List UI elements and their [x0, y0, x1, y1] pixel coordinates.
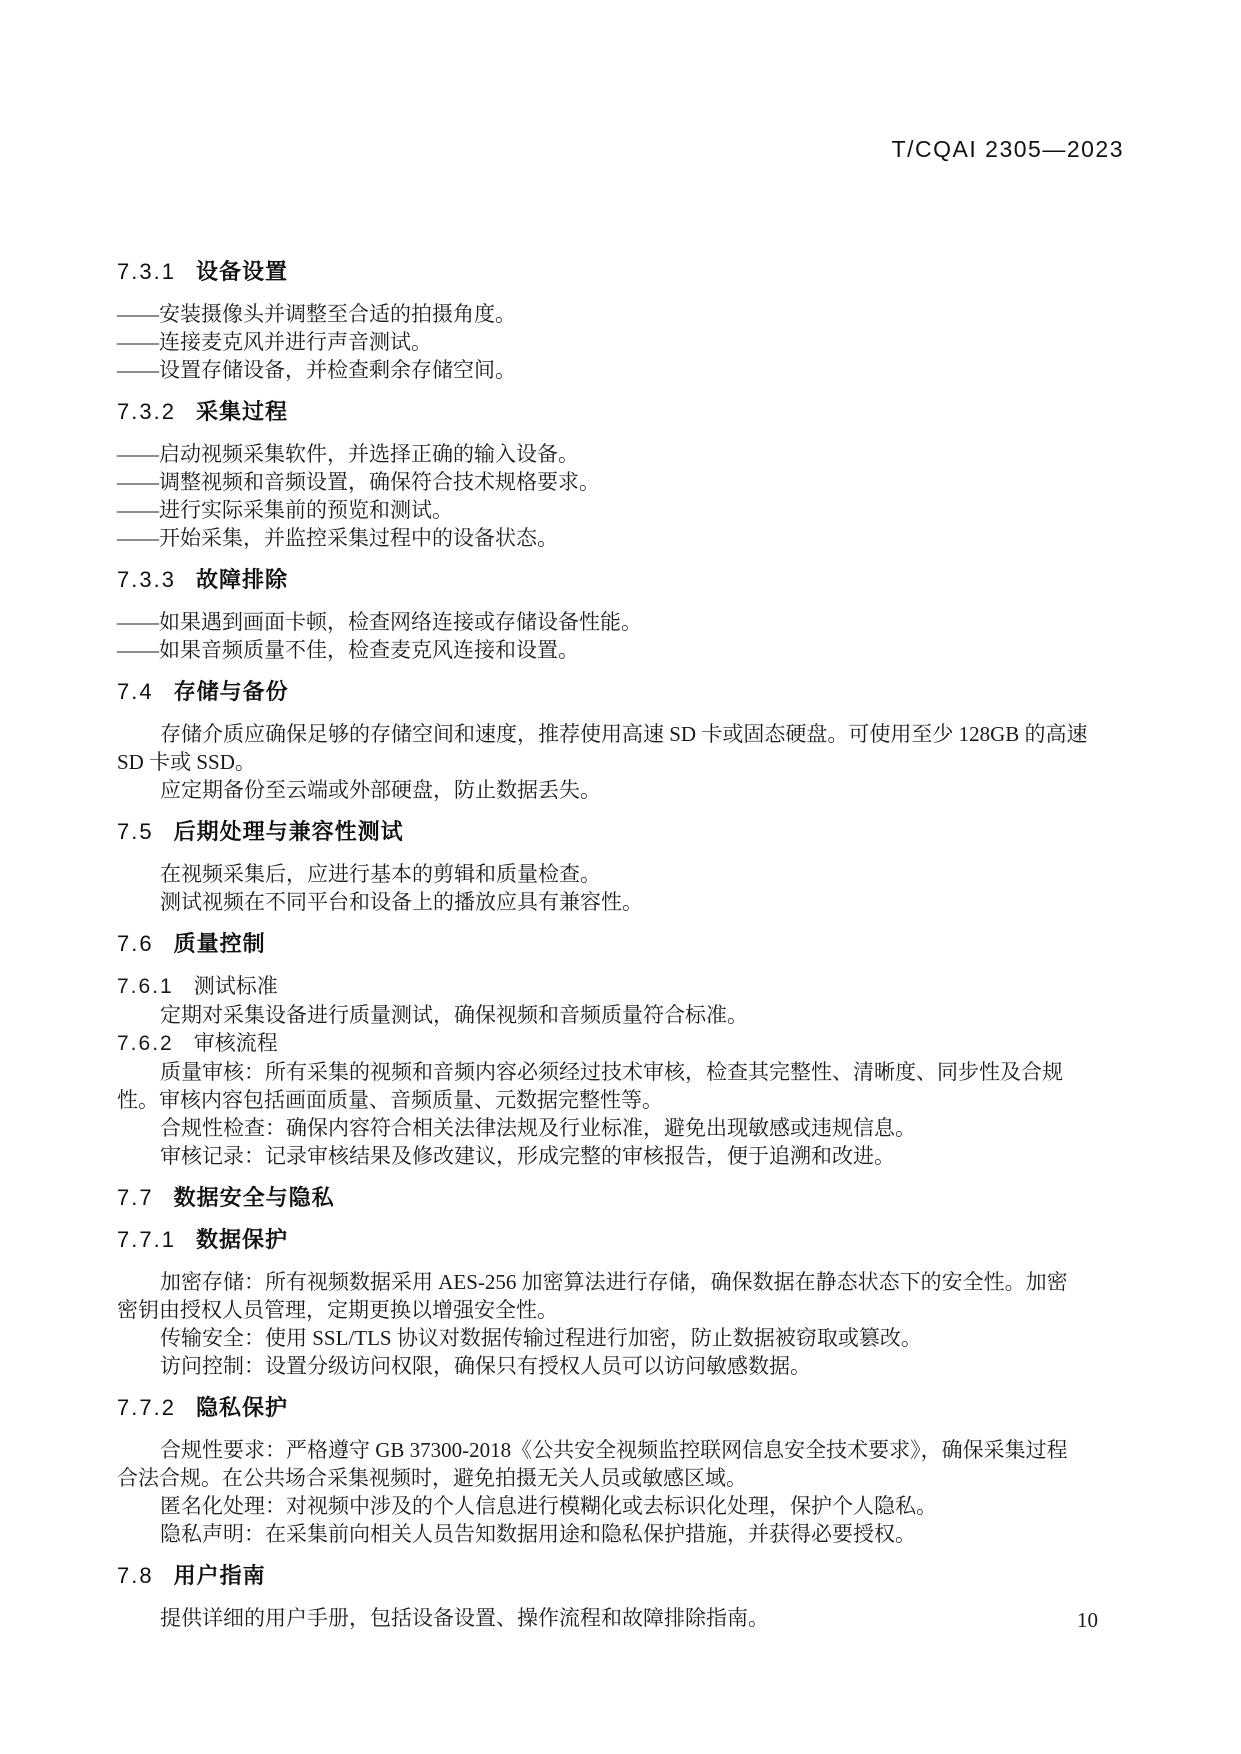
section-heading-7-7: 7.7数据安全与隐私 — [117, 1184, 1124, 1212]
heading-title: 数据保护 — [196, 1227, 288, 1252]
section-heading-7-3-3: 7.3.3故障排除 — [117, 566, 1124, 594]
header-doc-code: T/CQAI 2305—2023 — [892, 136, 1124, 163]
section-heading-7-5: 7.5后期处理与兼容性测试 — [117, 818, 1124, 846]
body-line: 匿名化处理：对视频中涉及的个人信息进行模糊化或去标识化处理，保护个人隐私。 — [117, 1492, 1124, 1520]
list-item: ——安装摄像头并调整至合适的拍摄角度。 — [117, 300, 1124, 328]
list-item: ——进行实际采集前的预览和测试。 — [117, 496, 1124, 524]
heading-title: 存储与备份 — [174, 679, 289, 704]
body-line: 审核记录：记录审核结果及修改建议，形成完整的审核报告，便于追溯和改进。 — [117, 1142, 1124, 1170]
list-item: ——如果音频质量不佳，检查麦克风连接和设置。 — [117, 636, 1124, 664]
heading-number: 7.5 — [117, 819, 154, 844]
page-number: 10 — [1077, 1606, 1098, 1634]
heading-number: 7.6.1 — [117, 975, 174, 998]
heading-title: 采集过程 — [196, 399, 288, 424]
section-heading-7-7-1: 7.7.1数据保护 — [117, 1226, 1124, 1254]
body-line: 质量审核：所有采集的视频和音频内容必须经过技术审核，检查其完整性、清晰度、同步性… — [117, 1058, 1124, 1086]
list-item: ——设置存储设备，并检查剩余存储空间。 — [117, 356, 1124, 384]
section-heading-7-3-1: 7.3.1设备设置 — [117, 258, 1124, 286]
list-item: ——调整视频和音频设置，确保符合技术规格要求。 — [117, 468, 1124, 496]
body-line: 隐私声明：在采集前向相关人员告知数据用途和隐私保护措施，并获得必要授权。 — [117, 1520, 1124, 1548]
section-heading-7-6: 7.6质量控制 — [117, 930, 1124, 958]
heading-title: 后期处理与兼容性测试 — [174, 819, 404, 844]
heading-number: 7.3.2 — [117, 399, 176, 424]
heading-number: 7.3.1 — [117, 259, 176, 284]
list-item: ——启动视频采集软件，并选择正确的输入设备。 — [117, 440, 1124, 468]
body-line: 合规性要求：严格遵守 GB 37300-2018《公共安全视频监控联网信息安全技… — [117, 1436, 1124, 1464]
list-item: ——如果遇到画面卡顿，检查网络连接或存储设备性能。 — [117, 608, 1124, 636]
heading-title: 审核流程 — [194, 1031, 278, 1055]
heading-number: 7.8 — [117, 1563, 154, 1588]
body-line: 合法合规。在公共场合采集视频时，避免拍摄无关人员或敏感区域。 — [117, 1464, 1124, 1492]
list-item: ——连接麦克风并进行声音测试。 — [117, 328, 1124, 356]
section-heading-7-6-2: 7.6.2审核流程 — [117, 1029, 1124, 1058]
section-heading-7-6-1: 7.6.1测试标准 — [117, 972, 1124, 1001]
heading-number: 7.7.2 — [117, 1395, 176, 1420]
heading-title: 隐私保护 — [196, 1395, 288, 1420]
body-line: 传输安全：使用 SSL/TLS 协议对数据传输过程进行加密，防止数据被窃取或篡改… — [117, 1324, 1124, 1352]
section-heading-7-3-2: 7.3.2采集过程 — [117, 398, 1124, 426]
body-line: 应定期备份至云端或外部硬盘，防止数据丢失。 — [117, 776, 1124, 804]
body-line: 密钥由授权人员管理，定期更换以增强安全性。 — [117, 1296, 1124, 1324]
heading-title: 故障排除 — [196, 567, 288, 592]
body-line: 访问控制：设置分级访问权限，确保只有授权人员可以访问敏感数据。 — [117, 1352, 1124, 1380]
heading-number: 7.7.1 — [117, 1227, 176, 1252]
heading-number: 7.6.2 — [117, 1032, 174, 1055]
list-item: ——开始采集，并监控采集过程中的设备状态。 — [117, 524, 1124, 552]
body-line: 提供详细的用户手册，包括设备设置、操作流程和故障排除指南。 — [117, 1604, 1124, 1632]
body-line: 定期对采集设备进行质量测试，确保视频和音频质量符合标准。 — [117, 1001, 1124, 1029]
heading-number: 7.4 — [117, 679, 154, 704]
heading-number: 7.7 — [117, 1185, 154, 1210]
heading-number: 7.3.3 — [117, 567, 176, 592]
body-line: 合规性检查：确保内容符合相关法律法规及行业标准，避免出现敏感或违规信息。 — [117, 1114, 1124, 1142]
body-line: 性。审核内容包括画面质量、音频质量、元数据完整性等。 — [117, 1086, 1124, 1114]
heading-title: 用户指南 — [174, 1563, 266, 1588]
heading-number: 7.6 — [117, 931, 154, 956]
heading-title: 数据安全与隐私 — [174, 1185, 335, 1210]
section-heading-7-4: 7.4存储与备份 — [117, 678, 1124, 706]
body-line: 存储介质应确保足够的存储空间和速度，推荐使用高速 SD 卡或固态硬盘。可使用至少… — [117, 720, 1124, 748]
heading-title: 设备设置 — [196, 259, 288, 284]
heading-title: 质量控制 — [174, 931, 266, 956]
page-content: 7.3.1设备设置 ——安装摄像头并调整至合适的拍摄角度。 ——连接麦克风并进行… — [117, 244, 1124, 1632]
body-line: 测试视频在不同平台和设备上的播放应具有兼容性。 — [117, 888, 1124, 916]
heading-title: 测试标准 — [194, 974, 278, 998]
body-line: 加密存储：所有视频数据采用 AES-256 加密算法进行存储，确保数据在静态状态… — [117, 1268, 1124, 1296]
body-line: SD 卡或 SSD。 — [117, 748, 1124, 776]
section-heading-7-7-2: 7.7.2隐私保护 — [117, 1394, 1124, 1422]
body-line: 在视频采集后，应进行基本的剪辑和质量检查。 — [117, 860, 1124, 888]
section-heading-7-8: 7.8用户指南 — [117, 1562, 1124, 1590]
document-page: T/CQAI 2305—2023 7.3.1设备设置 ——安装摄像头并调整至合适… — [0, 0, 1241, 1754]
